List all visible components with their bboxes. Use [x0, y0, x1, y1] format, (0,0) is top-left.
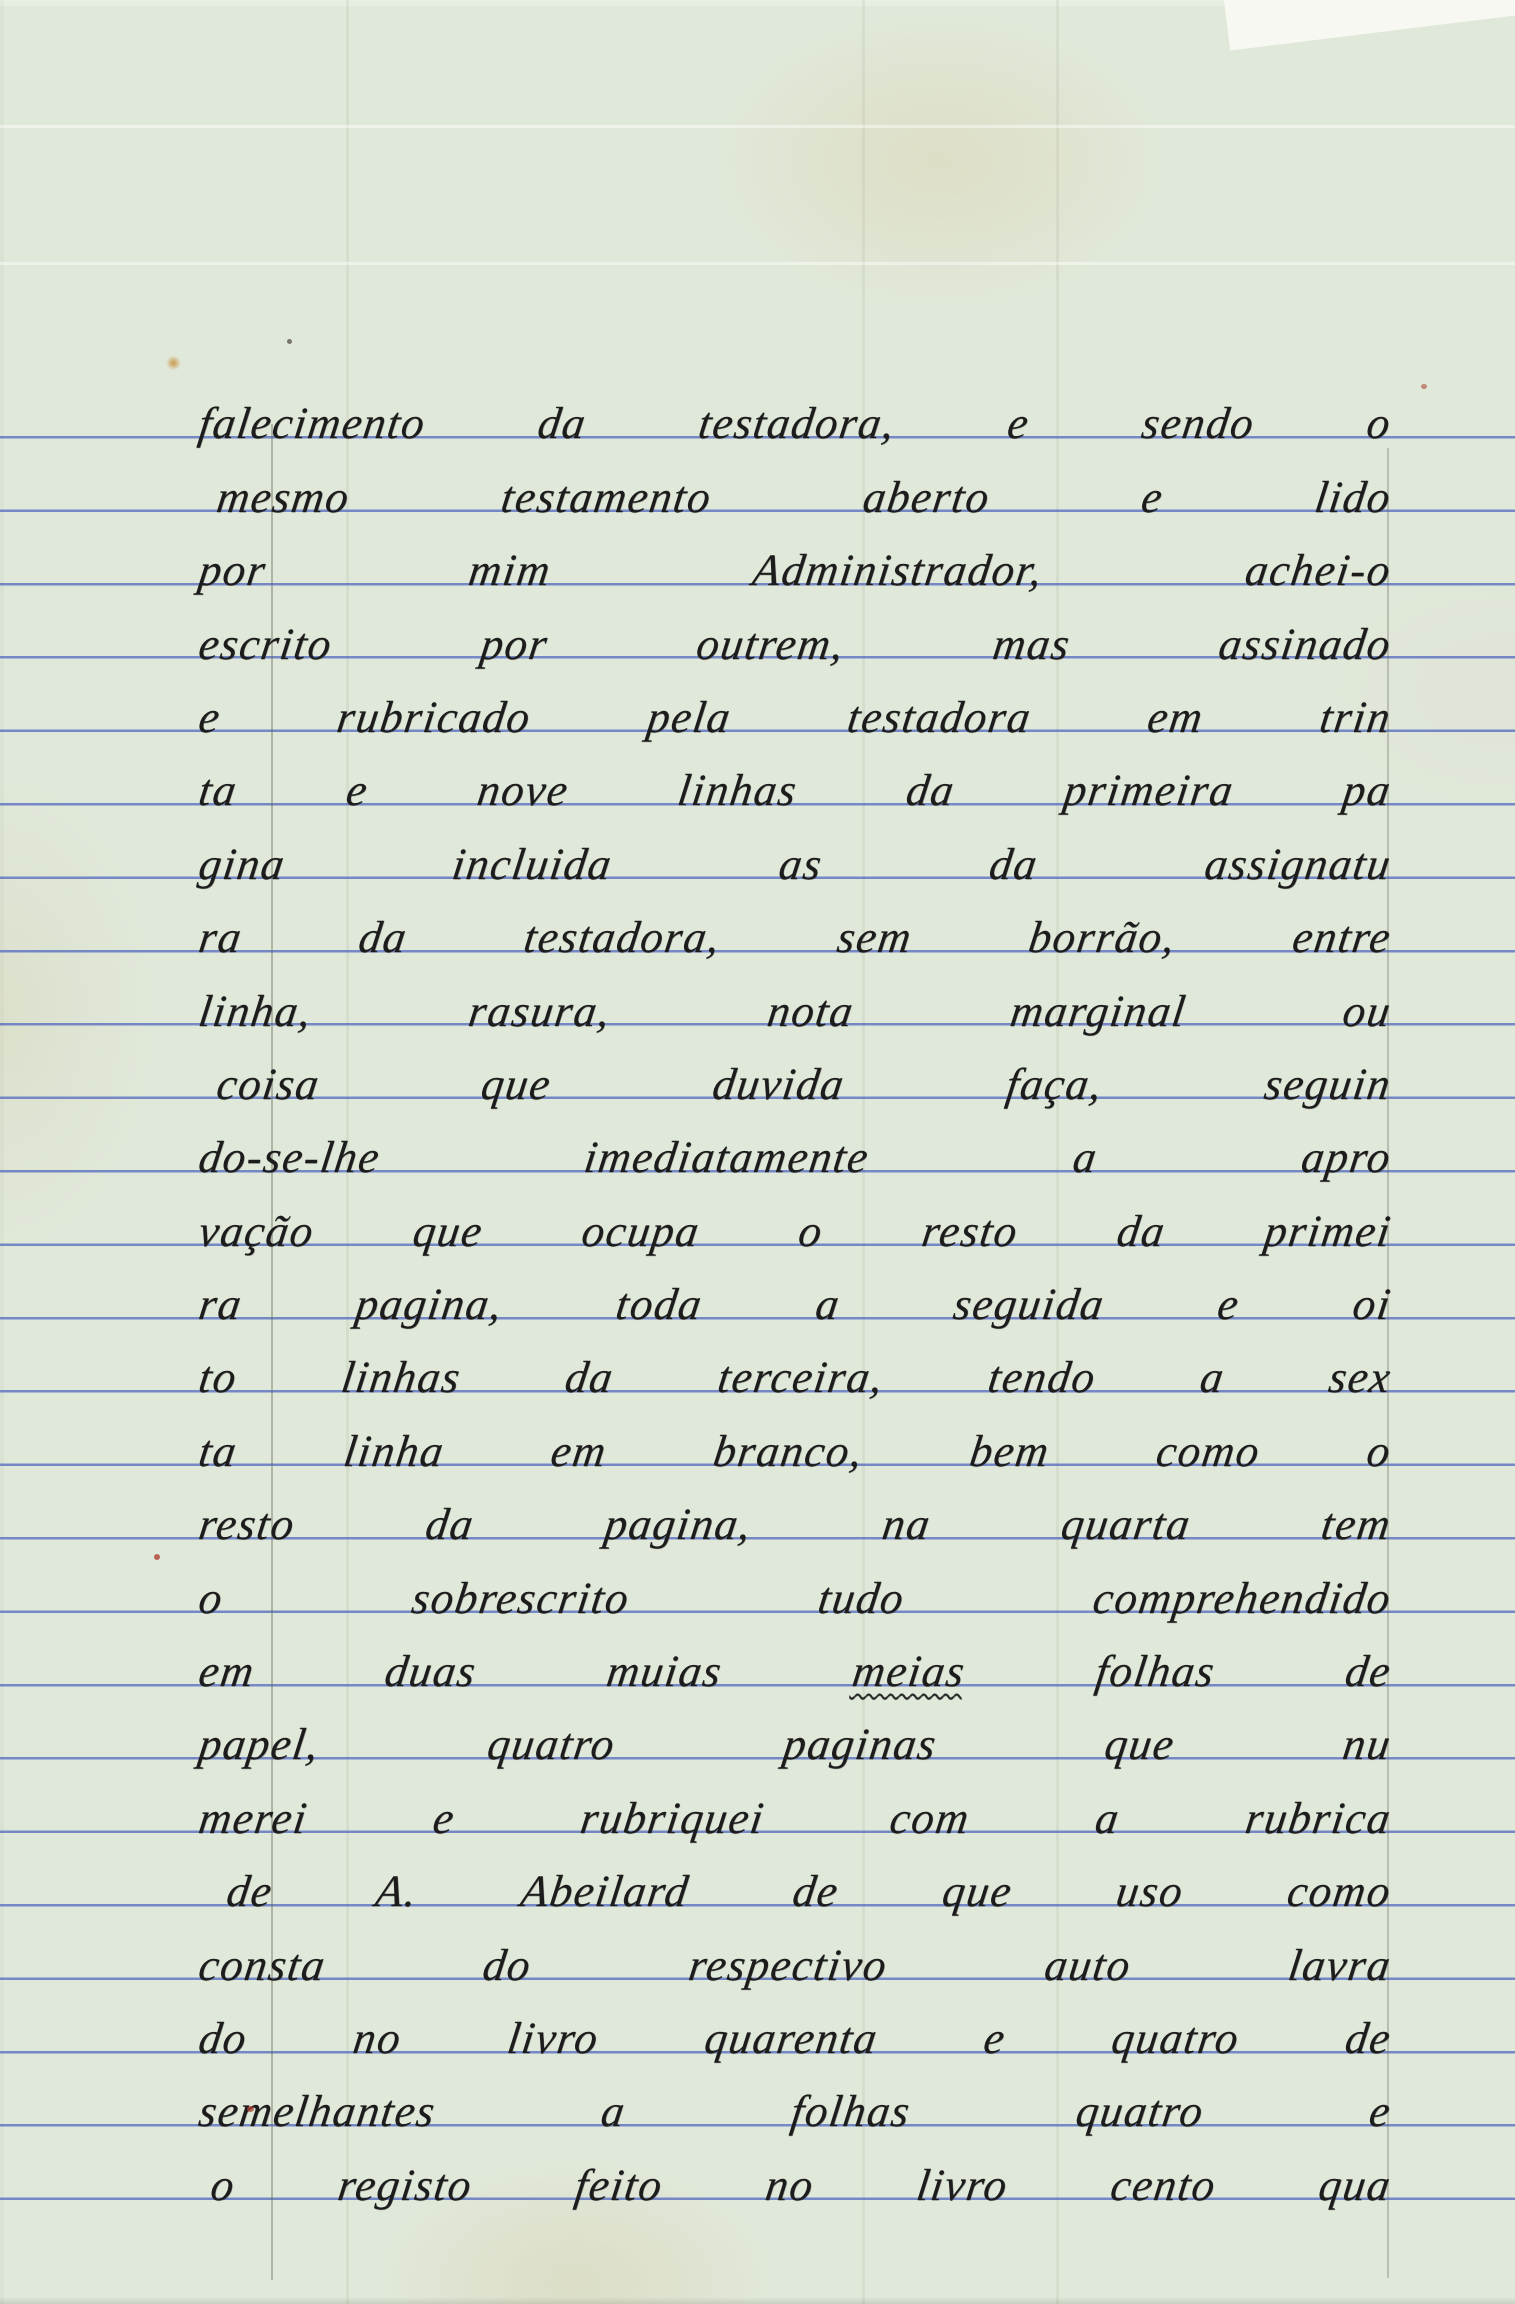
line-text: ra da testadora, sem borrão, entre — [196, 915, 1394, 960]
line-text-before: em duas muias — [196, 1646, 857, 1696]
paper-speck — [287, 339, 292, 344]
red-speck — [247, 2106, 254, 2112]
line-text: to linhas da terceira, tendo a sex — [196, 1355, 1394, 1400]
wavy-underline-word: meias — [849, 1646, 969, 1696]
handwriting-block: falecimento da testadora, e sendo o mesm… — [196, 363, 1388, 2198]
scan-page-edge — [1222, 0, 1515, 50]
line-text: do no livro quarenta e quatro de — [196, 2016, 1394, 2061]
line-text: linha, rasura, nota marginal ou — [196, 989, 1394, 1034]
line-text: papel, quatro paginas que nu — [196, 1722, 1394, 1767]
line-text: ta linha em branco, bem como o — [196, 1429, 1394, 1474]
scan-page-edge — [0, 2297, 1515, 2304]
red-speck — [1421, 384, 1427, 389]
line-text: consta do respectivo auto lavra — [196, 1943, 1394, 1988]
line-text: de A. Abeilard de que uso como — [196, 1869, 1394, 1914]
rule-showthrough — [0, 125, 1515, 128]
line-text: o registo feito no livro cento qua — [196, 2163, 1394, 2208]
line-text: do-se-lhe imediatamente a apro — [196, 1135, 1394, 1180]
line-text: e rubricado pela testadora em trin — [196, 695, 1394, 740]
handwritten-line: falecimento da testadora, e sendo o — [196, 363, 1388, 436]
line-text: gina incluida as da assignatu — [196, 842, 1394, 887]
line-text: resto da pagina, na quarta tem — [196, 1502, 1394, 1547]
rule-showthrough — [0, 262, 1515, 265]
line-text: coisa que duvida faça, seguin — [196, 1062, 1394, 1107]
ink-stain-spot — [166, 356, 181, 370]
line-text: merei e rubriquei com a rubrica — [196, 1796, 1394, 1841]
line-text: ra pagina, toda a seguida e oi — [196, 1282, 1394, 1327]
line-text: semelhantes a folhas quatro e — [196, 2089, 1394, 2134]
red-speck — [154, 1554, 160, 1560]
line-text: falecimento da testadora, e sendo o — [196, 401, 1394, 446]
line-text: em duas muias meias folhas de — [196, 1649, 1394, 1694]
line-text-after: folhas de — [962, 1646, 1395, 1696]
manuscript-page: falecimento da testadora, e sendo o mesm… — [0, 0, 1515, 2304]
line-text: o sobrescrito tudo comprehendido — [196, 1576, 1394, 1621]
line-text: vação que ocupa o resto da primei — [196, 1209, 1394, 1254]
line-text: mesmo testamento aberto e lido — [196, 475, 1394, 520]
line-text: escrito por outrem, mas assinado — [196, 622, 1394, 667]
line-text: ta e nove linhas da primeira pa — [196, 768, 1394, 813]
line-text: por mim Administrador, achei-o — [196, 548, 1394, 593]
